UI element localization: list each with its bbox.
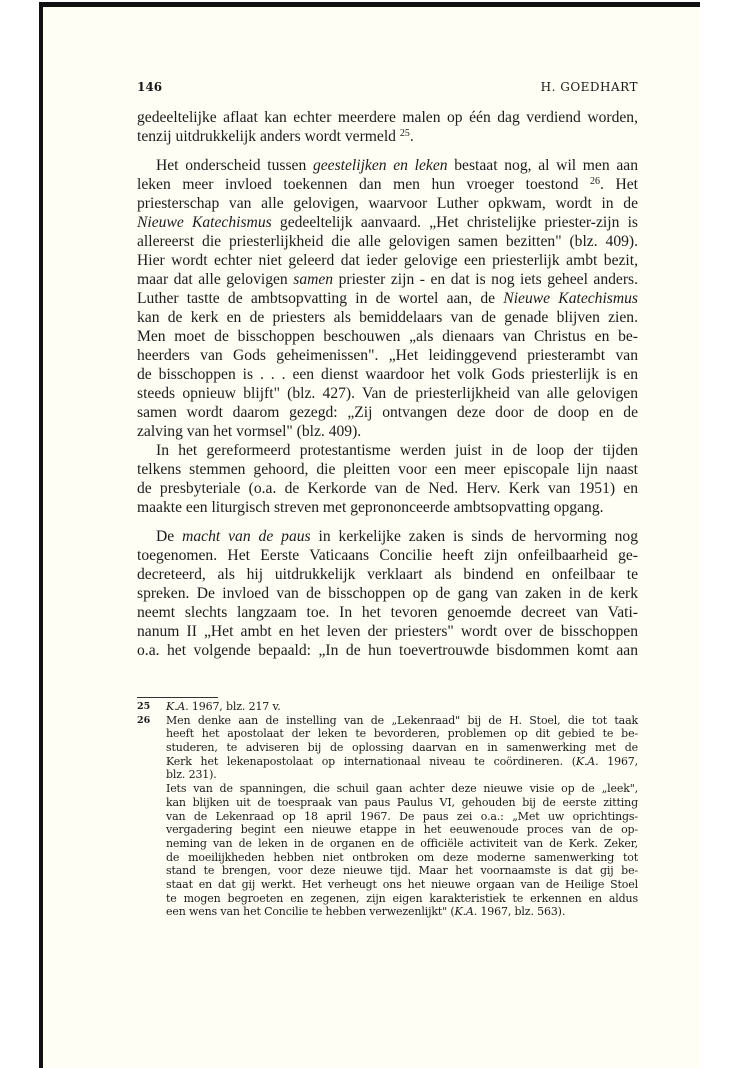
text-line: priesterschap van alle gelovigen, waarvo… bbox=[137, 194, 638, 213]
paragraph: gedeeltelijke aflaat kan echter meerdere… bbox=[137, 108, 638, 146]
footnote-line: van de Lekenraad op 18 april 1967. De pa… bbox=[166, 810, 638, 824]
footnote-line: Kerk het lekenapostolaat op internationa… bbox=[166, 755, 638, 769]
text-line: neemt slechts langzaam toe. In het tevor… bbox=[137, 603, 638, 622]
text-line: de presbyteriale (o.a. de Kerkorde van d… bbox=[137, 479, 638, 498]
text-line: Hier wordt echter niet geleerd dat ieder… bbox=[137, 251, 638, 270]
text-line: heerders van Gods geheimenissen". „Het l… bbox=[137, 346, 638, 365]
paragraph-gap bbox=[137, 517, 638, 527]
running-head-author: H. GOEDHART bbox=[541, 80, 638, 94]
text-line: maakte een liturgisch streven met gepron… bbox=[137, 498, 638, 517]
paragraph-gap bbox=[137, 146, 638, 156]
text-line: tenzij uitdrukkelijk anders wordt vermel… bbox=[137, 127, 638, 146]
emphasis: Nieuwe Katechismus bbox=[137, 214, 272, 231]
footnote-line: een wens van het Concilie te hebben verw… bbox=[166, 905, 638, 919]
text-line: toegenomen. Het Eerste Vaticaans Concili… bbox=[137, 546, 638, 565]
footnote-line: kan blijken uit de toespraak van paus Pa… bbox=[166, 796, 638, 810]
footnote-line: stand te brengen, voor deze nieuwe tijd.… bbox=[166, 864, 638, 878]
text-line: Men moet de bisschoppen beschouwen „als … bbox=[137, 327, 638, 346]
footnote-line: Iets van de spanningen, die schuil gaan … bbox=[166, 782, 638, 796]
footnote-line: studeren, te adviseren bij de oplossing … bbox=[166, 741, 638, 755]
footnote-line: blz. 231). bbox=[166, 768, 638, 782]
text-line: steeds opnieuw blijft" (blz. 427). Van d… bbox=[137, 384, 638, 403]
text-line: De macht van de paus in kerkelijke zaken… bbox=[137, 527, 638, 546]
body-text: gedeeltelijke aflaat kan echter meerdere… bbox=[137, 108, 638, 660]
text-line: telkens stemmen gehoord, die pleitten vo… bbox=[137, 460, 638, 479]
footnote-25: 25 K.A. 1967, blz. 217 v. bbox=[137, 700, 638, 714]
footnotes: 25 K.A. 1967, blz. 217 v. 26 Men denke a… bbox=[137, 700, 638, 919]
footnote-marker: 26 bbox=[137, 714, 150, 728]
text-line: zalving van het vormsel" (blz. 409). bbox=[137, 422, 638, 441]
text-line: samen wordt daarom gezegd: „Zij ontvange… bbox=[137, 403, 638, 422]
text-line: allereerst die priesterlijkheid die alle… bbox=[137, 232, 638, 251]
footnote-line: vergadering begint een nieuwe etappe in … bbox=[166, 823, 638, 837]
text-line: Het onderscheid tussen geestelijken en l… bbox=[137, 156, 638, 175]
footnote-line: K.A. 1967, blz. 217 v. bbox=[166, 700, 638, 714]
footnote-line: te mogen begroeten en zegenen, zijn eige… bbox=[166, 892, 638, 906]
paragraph: In het gereformeerd protestantisme werde… bbox=[137, 441, 638, 517]
text-line: de bisschoppen is . . . een dienst waard… bbox=[137, 365, 638, 384]
text-line: In het gereformeerd protestantisme werde… bbox=[137, 441, 638, 460]
running-head: 146 H. GOEDHART bbox=[137, 80, 638, 98]
text-line: gedeeltelijke aflaat kan echter meerdere… bbox=[137, 108, 638, 127]
footnote-line: staat en dat gij werkt. Het verheugt ons… bbox=[166, 878, 638, 892]
emphasis: macht van de paus bbox=[182, 528, 311, 545]
footnote-line: neming van de leken in de organen en de … bbox=[166, 837, 638, 851]
footnote-ref[interactable]: 25 bbox=[400, 128, 410, 139]
emphasis: Nieuwe Katechismus bbox=[503, 290, 638, 307]
page-number: 146 bbox=[137, 80, 162, 94]
text-line: o.a. het volgende bepaald: „In de hun to… bbox=[137, 641, 638, 660]
footnote-line: Men denke aan de instelling van de „Leke… bbox=[166, 714, 638, 728]
emphasis: samen bbox=[293, 271, 333, 288]
footnote-marker: 25 bbox=[137, 700, 150, 714]
text-line: Luther tastte de ambtsopvatting in de wo… bbox=[137, 289, 638, 308]
text-line: Nieuwe Katechismus gedeeltelijk aanvaard… bbox=[137, 213, 638, 232]
text-line: nanum II „Het ambt en het leven der prie… bbox=[137, 622, 638, 641]
footnote-line: de moeilijkheden hebben niet ontbroken o… bbox=[166, 851, 638, 865]
text-line: leken meer invloed toekennen dan men hun… bbox=[137, 175, 638, 194]
footnote-26: 26 Men denke aan de instelling van de „L… bbox=[137, 714, 638, 919]
footnote-divider bbox=[137, 697, 218, 698]
text-line: decreteerd, als hij uitdrukkelijk verkla… bbox=[137, 565, 638, 584]
text-line: spreken. De invloed van de bisschoppen o… bbox=[137, 584, 638, 603]
paragraph: De macht van de paus in kerkelijke zaken… bbox=[137, 527, 638, 660]
text-line: maar dat alle gelovigen samen priester z… bbox=[137, 270, 638, 289]
footnote-line: heeft het apostolaat der leken te bevord… bbox=[166, 727, 638, 741]
paragraph: Het onderscheid tussen geestelijken en l… bbox=[137, 156, 638, 441]
emphasis: geestelijken en leken bbox=[313, 157, 448, 174]
footnote-ref[interactable]: 26 bbox=[590, 176, 600, 187]
text-line: kan de kerk en de priesters als bemiddel… bbox=[137, 308, 638, 327]
